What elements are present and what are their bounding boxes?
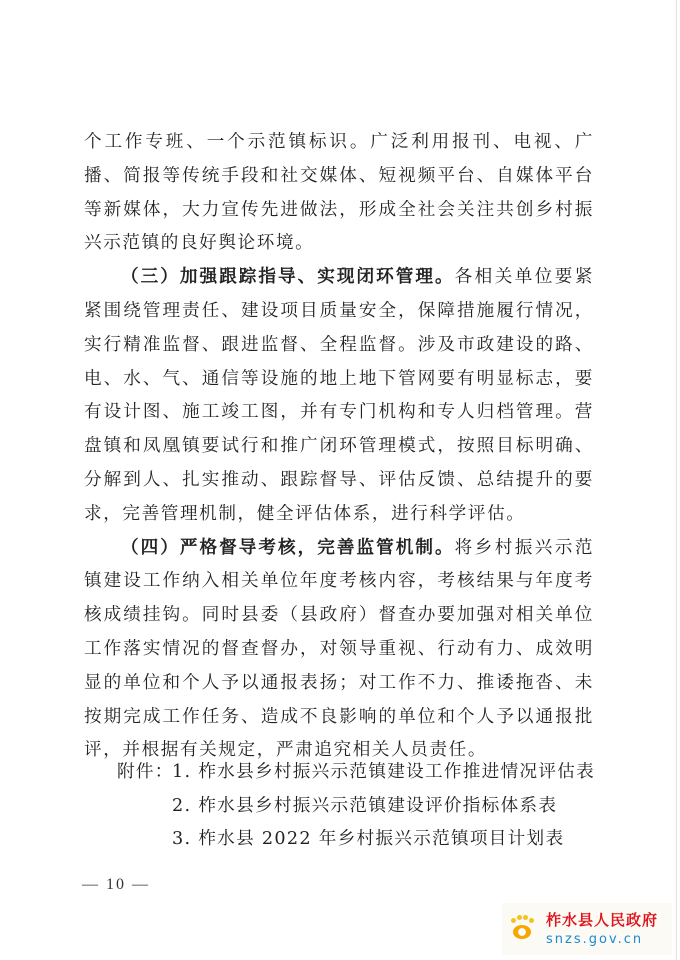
watermark-site-name: 柞水县人民政府 — [546, 913, 658, 928]
attachments-label: 附件： — [117, 756, 172, 790]
attachment-item-1: 1. 柞水县乡村振兴示范镇建设工作推进情况评估表 — [172, 756, 595, 790]
watermark-site-url: snzs.gov.cn — [546, 933, 658, 946]
attachment-row: 2. 柞水县乡村振兴示范镇建设评价指标体系表 — [117, 790, 597, 824]
paragraph-publicity: 个工作专班、一个示范镇标识。广泛利用报刊、电视、广播、简报等传统手段和社交媒体、… — [84, 126, 594, 261]
paragraph-text: 各相关单位要紧紧围绕管理责任、建设项目质量安全，保障措施履行情况，实行精准监督、… — [84, 267, 594, 524]
attachments-list: 附件： 1. 柞水县乡村振兴示范镇建设工作推进情况评估表 2. 柞水县乡村振兴示… — [117, 756, 597, 857]
page-number: — 10 — — [82, 876, 150, 894]
attachment-item-3: 3. 柞水县 2022 年乡村振兴示范镇项目计划表 — [172, 823, 564, 857]
paragraph-text: 将乡村振兴示范镇建设工作纳入相关单位年度考核内容，考核结果与年度考核成绩挂钩。同… — [84, 538, 594, 761]
section-heading-3: （三）加强跟踪指导、实现闭环管理。 — [121, 267, 455, 287]
site-watermark: 柞水县人民政府 snzs.gov.cn — [502, 903, 672, 955]
attachment-row: 附件： 1. 柞水县乡村振兴示范镇建设工作推进情况评估表 — [117, 756, 597, 790]
paragraph-text: 个工作专班、一个示范镇标识。广泛利用报刊、电视、广播、简报等传统手段和社交媒体、… — [84, 132, 594, 253]
attachment-item-2: 2. 柞水县乡村振兴示范镇建设评价指标体系表 — [172, 790, 557, 824]
section-heading-4: （四）严格督导考核，完善监管机制。 — [121, 538, 455, 558]
document-body: 个工作专班、一个示范镇标识。广泛利用报刊、电视、广播、简报等传统手段和社交媒体、… — [84, 126, 594, 768]
paragraph-supervision-assessment: （四）严格督导考核，完善监管机制。将乡村振兴示范镇建设工作纳入相关单位年度考核内… — [84, 532, 594, 769]
attachment-row: 3. 柞水县 2022 年乡村振兴示范镇项目计划表 — [117, 823, 597, 857]
page-edge-line — [676, 0, 677, 960]
footprint-logo-icon — [508, 914, 538, 944]
paragraph-tracking-guidance: （三）加强跟踪指导、实现闭环管理。各相关单位要紧紧围绕管理责任、建设项目质量安全… — [84, 261, 594, 531]
